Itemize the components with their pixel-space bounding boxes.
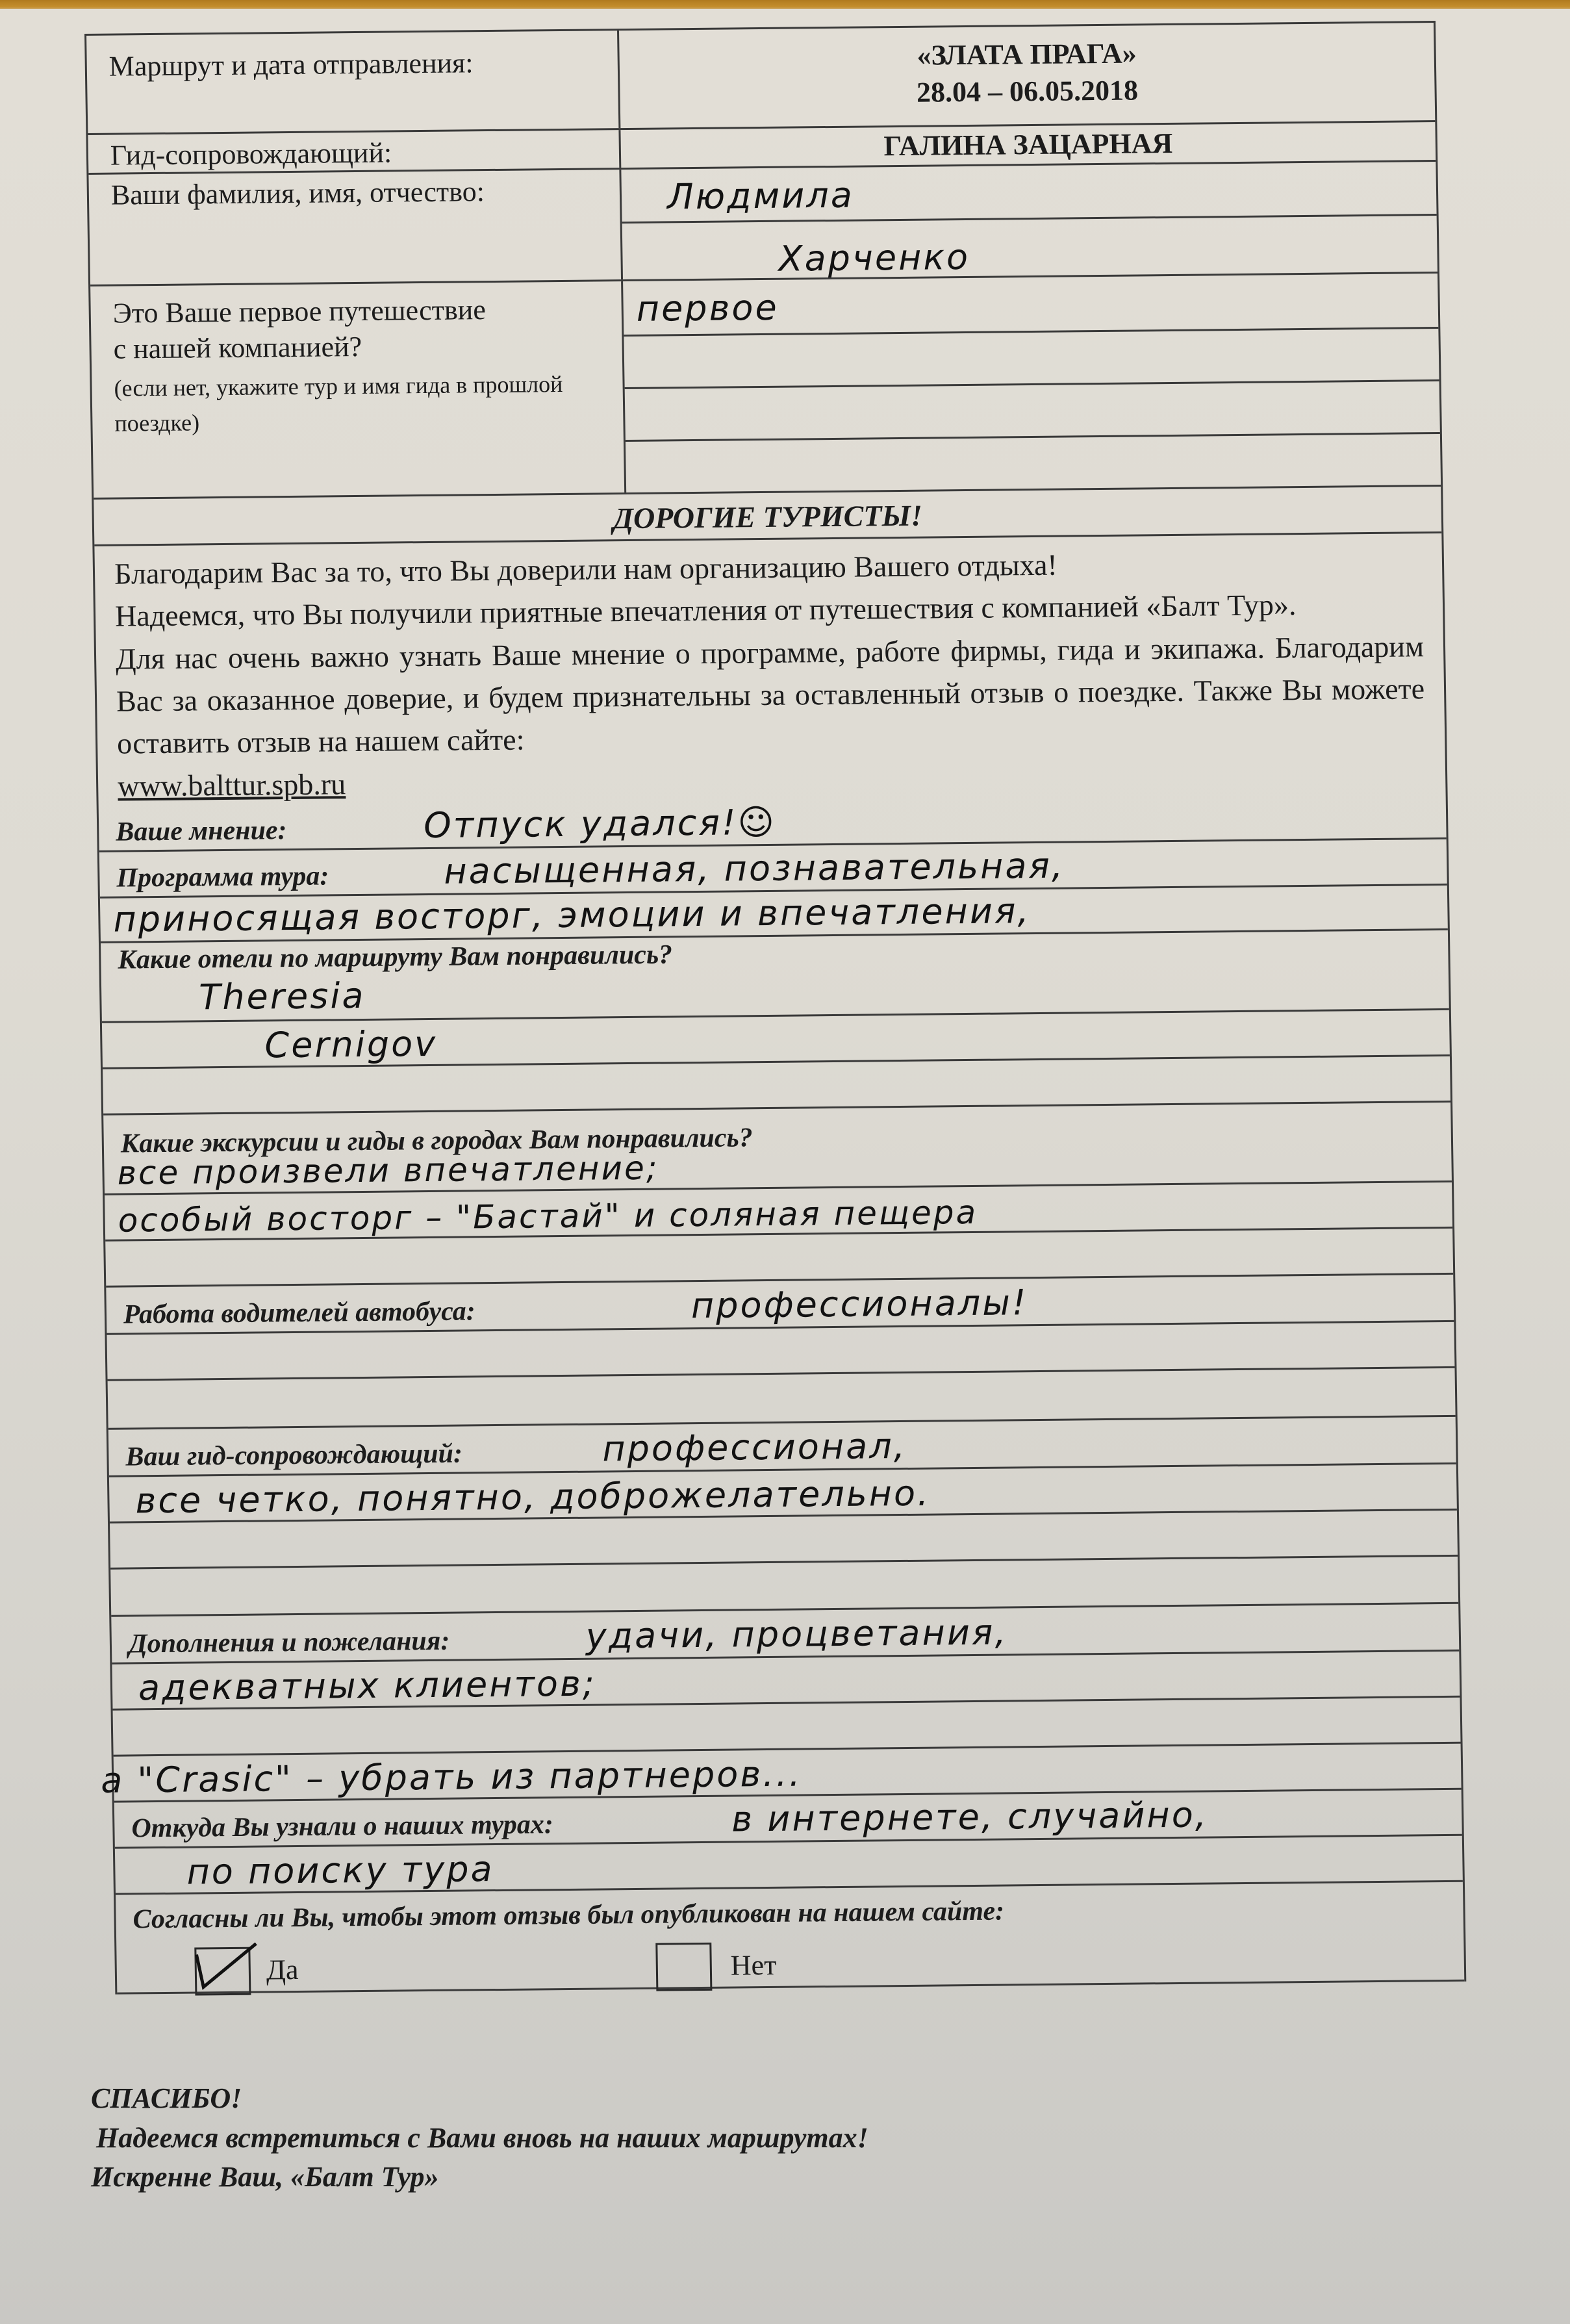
first-trip-row: Это Ваше первое путешествие с нашей комп… — [90, 274, 1441, 500]
wishes-answer-line3: а "Crasic" – убрать из партнеров... — [101, 1753, 802, 1800]
route-row: Маршрут и дата отправления: «ЗЛАТА ПРАГА… — [86, 23, 1435, 135]
name-field[interactable]: Людмила Харченко — [621, 162, 1437, 279]
checkmark-icon — [194, 1941, 259, 2000]
consent-no-label: Нет — [730, 1948, 776, 1982]
guide-feedback-answer-line1: профессионал, — [602, 1425, 907, 1469]
name-line2: Харченко — [778, 236, 970, 279]
excursions-answer-line1: все произвели впечатление; — [117, 1149, 659, 1192]
closing-thanks: СПАСИБО! — [91, 2079, 868, 2119]
consent-section: Согласны ли Вы, чтобы этот отзыв был опу… — [116, 1882, 1464, 1995]
guide-label: Гид-сопровождающий: — [88, 130, 621, 173]
form-table: Маршрут и дата отправления: «ЗЛАТА ПРАГА… — [84, 21, 1466, 1995]
route-value: «ЗЛАТА ПРАГА» 28.04 – 06.05.2018 — [619, 23, 1435, 128]
program-label: Программа тура: — [116, 860, 329, 893]
first-trip-label: Это Ваше первое путешествие с нашей комп… — [90, 281, 626, 498]
name-label: Ваши фамилия, имя, отчество: — [88, 170, 623, 285]
consent-yes-checkbox[interactable] — [194, 1947, 251, 1996]
guide-feedback-answer-line2: все четко, понятно, доброжелательно. — [135, 1472, 931, 1521]
feedback-form: Маршрут и дата отправления: «ЗЛАТА ПРАГА… — [84, 21, 1466, 1995]
opinion-label: Ваше мнение: — [116, 815, 287, 848]
wishes-answer-line1: удачи, процветания, — [585, 1611, 1008, 1656]
excursions-field[interactable]: Какие экскурсии и гиды в городах Вам пон… — [103, 1103, 1452, 1195]
consent-no-checkbox[interactable] — [655, 1943, 712, 1991]
hotels-answer-line1: Theresia — [199, 975, 366, 1017]
consent-label: Согласны ли Вы, чтобы этот отзыв был опу… — [133, 1895, 1004, 1935]
closing-line3: Искренне Ваш, «Балт Тур» — [91, 2158, 868, 2197]
route-dates: 28.04 – 06.05.2018 — [620, 69, 1435, 114]
closing-line2: Надеемся встретиться с Вами вновь на наш… — [91, 2119, 868, 2158]
consent-yes-label: Да — [266, 1953, 298, 1986]
website-link[interactable]: www.balttur.spb.ru — [118, 767, 346, 802]
program-answer-line2: приносящая восторг, эмоции и впечатления… — [113, 890, 1031, 940]
wishes-label: Дополнения и пожелания: — [129, 1626, 450, 1660]
first-trip-field[interactable]: первое — [623, 274, 1441, 492]
first-trip-hint: (если нет, укажите тур и имя гида в прош… — [114, 366, 607, 441]
hotels-label: Какие отели по маршруту Вам понравились? — [118, 939, 672, 975]
guide-name: ГАЛИНА ЗАЦАРНАЯ — [620, 122, 1436, 168]
excursions-answer-line2: особый восторг – "Бастай" и соляная пеще… — [118, 1194, 978, 1240]
source-answer-line2: по поиску тура — [186, 1848, 494, 1893]
intro-p3: Для нас очень важно узнать Ваше мнение о… — [116, 625, 1426, 765]
wishes-answer-line2: адекватных клиентов; — [138, 1663, 597, 1708]
opinion-answer: Отпуск удался!☺ — [424, 802, 777, 846]
intro-text: Благодарим Вас за то, что Вы доверили на… — [94, 533, 1445, 811]
source-answer-line1: в интернете, случайно, — [731, 1794, 1209, 1839]
name-line1: Людмила — [667, 175, 855, 218]
drivers-answer: профессионалы! — [690, 1282, 1028, 1326]
program-answer-line1: насыщенная, познавательная, — [444, 845, 1065, 891]
first-trip-label-line2: с нашей компанией? — [113, 326, 605, 366]
source-label: Откуда Вы узнали о наших турах: — [131, 1809, 553, 1844]
first-trip-label-line1: Это Ваше первое путешествие — [112, 290, 605, 331]
route-label: Маршрут и дата отправления: — [86, 31, 620, 133]
hotels-answer-line2: Cernigov — [264, 1023, 438, 1066]
drivers-label: Работа водителей автобуса: — [123, 1296, 475, 1330]
closing-message: СПАСИБО! Надеемся встретиться с Вами вно… — [91, 2079, 868, 2197]
first-trip-answer: первое — [636, 287, 779, 329]
name-row: Ваши фамилия, имя, отчество: Людмила Хар… — [88, 162, 1437, 287]
guide-feedback-label: Ваш гид-сопровождающий: — [125, 1438, 462, 1472]
hotels-field[interactable]: Какие отели по маршруту Вам понравились?… — [101, 930, 1449, 1023]
